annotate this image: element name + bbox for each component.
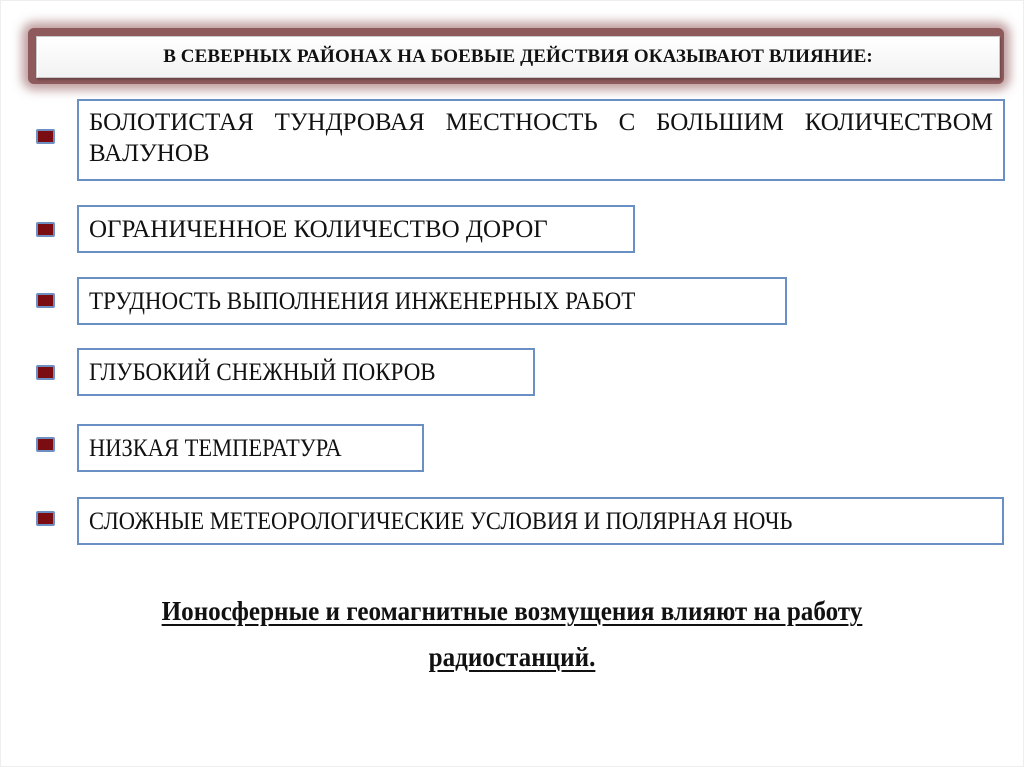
- slide-title: В СЕВЕРНЫХ РАЙОНАХ НА БОЕВЫЕ ДЕЙСТВИЯ ОК…: [163, 46, 873, 68]
- square-bullet-icon: [36, 437, 55, 452]
- item-box: ТРУДНОСТЬ ВЫПОЛНЕНИЯ ИНЖЕНЕРНЫХ РАБОТ: [77, 277, 787, 325]
- item-text: НИЗКАЯ ТЕМПЕРАТУРА: [89, 433, 342, 464]
- item-box: НИЗКАЯ ТЕМПЕРАТУРА: [77, 424, 424, 472]
- square-bullet-icon: [36, 129, 55, 144]
- square-bullet-icon: [36, 293, 55, 308]
- square-bullet-icon: [36, 365, 55, 380]
- footer-note: Ионосферные и геомагнитные возмущения вл…: [92, 588, 933, 680]
- item-box: ГЛУБОКИЙ СНЕЖНЫЙ ПОКРОВ: [77, 348, 535, 396]
- item-text: БОЛОТИСТАЯ ТУНДРОВАЯ МЕСТНОСТЬ С БОЛЬШИМ…: [89, 109, 993, 167]
- item-text: СЛОЖНЫЕ МЕТЕОРОЛОГИЧЕСКИЕ УСЛОВИЯ И ПОЛЯ…: [89, 506, 792, 537]
- item-text: ГЛУБОКИЙ СНЕЖНЫЙ ПОКРОВ: [89, 357, 436, 388]
- item-text: ТРУДНОСТЬ ВЫПОЛНЕНИЯ ИНЖЕНЕРНЫХ РАБОТ: [89, 286, 635, 317]
- item-box: СЛОЖНЫЕ МЕТЕОРОЛОГИЧЕСКИЕ УСЛОВИЯ И ПОЛЯ…: [77, 497, 1004, 545]
- item-text: ОГРАНИЧЕННОЕ КОЛИЧЕСТВО ДОРОГ: [89, 214, 548, 245]
- item-box: БОЛОТИСТАЯ ТУНДРОВАЯ МЕСТНОСТЬ С БОЛЬШИМ…: [77, 99, 1005, 181]
- square-bullet-icon: [36, 511, 55, 526]
- square-bullet-icon: [36, 222, 55, 237]
- title-banner: В СЕВЕРНЫХ РАЙОНАХ НА БОЕВЫЕ ДЕЙСТВИЯ ОК…: [36, 36, 1000, 78]
- item-box: ОГРАНИЧЕННОЕ КОЛИЧЕСТВО ДОРОГ: [77, 205, 635, 253]
